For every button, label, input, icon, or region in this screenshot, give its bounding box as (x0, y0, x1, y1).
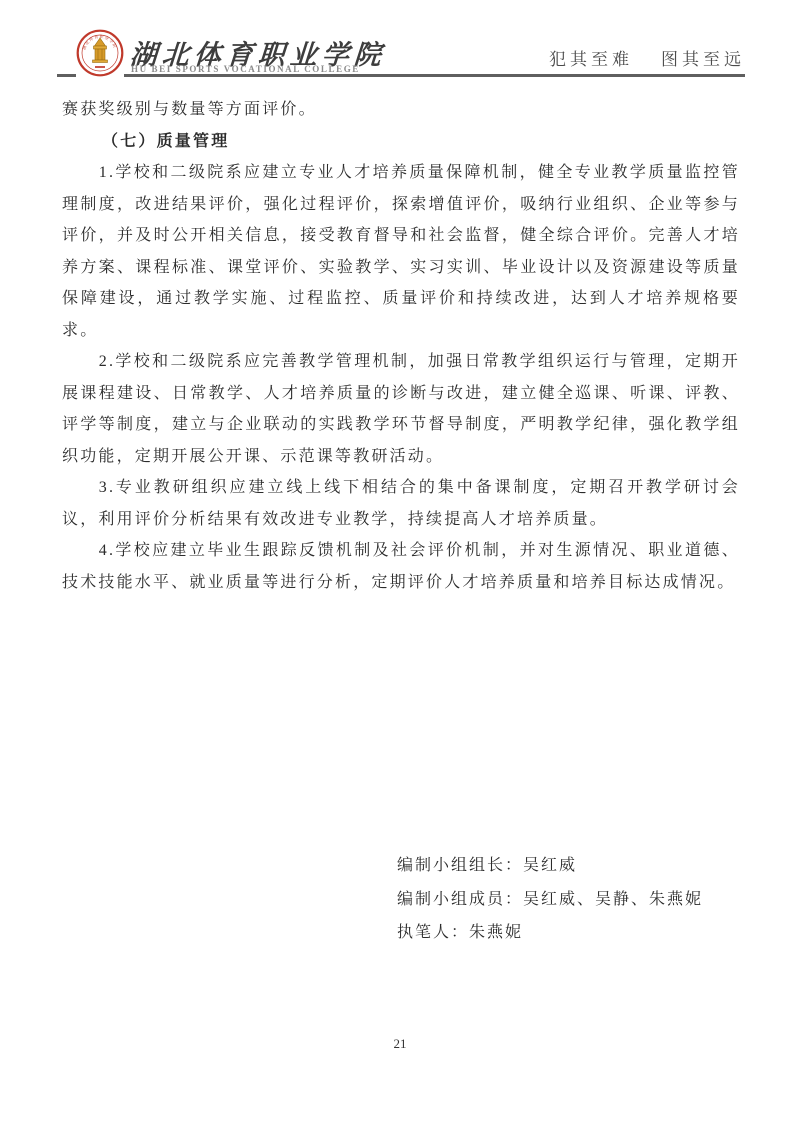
college-seal-svg: 湖北体育职业学院 (76, 29, 124, 77)
motto-left: 犯其至难 (549, 45, 633, 70)
credit-line-leader: 编制小组组长：吴红威 (397, 849, 703, 883)
paragraph-4: 4.学校应建立毕业生跟踪反馈机制及社会评价机制，并对生源情况、职业道德、技术技能… (62, 535, 740, 598)
page-footer: 21 (0, 1036, 800, 1052)
credit-line-members: 编制小组成员：吴红威、吴静、朱燕妮 (397, 883, 703, 917)
motto-right: 图其至远 (661, 45, 745, 70)
page-header: 湖北体育职业学院 湖北体育职业学院 HU BEI SPORTS VOCATION… (57, 0, 745, 77)
credit-line-writer: 执笔人：朱燕妮 (397, 916, 703, 950)
page-number: 21 (394, 1036, 407, 1051)
paragraph-1: 1.学校和二级院系应建立专业人才培养质量保障机制，健全专业教学质量监控管理制度，… (62, 157, 740, 346)
college-name-english: HU BEI SPORTS VOCATIONAL COLLEGE (131, 64, 360, 74)
document-body: 赛获奖级别与数量等方面评价。 （七）质量管理 1.学校和二级院系应建立专业人才培… (62, 94, 740, 598)
credits-block: 编制小组组长：吴红威 编制小组成员：吴红威、吴静、朱燕妮 执笔人：朱燕妮 (397, 849, 703, 950)
intro-line: 赛获奖级别与数量等方面评价。 (62, 94, 740, 126)
college-seal-icon: 湖北体育职业学院 (76, 29, 124, 77)
section-heading: （七）质量管理 (62, 126, 740, 158)
paragraph-2: 2.学校和二级院系应完善教学管理机制，加强日常教学组织运行与管理，定期开展课程建… (62, 346, 740, 472)
document-page: 湖北体育职业学院 湖北体育职业学院 HU BEI SPORTS VOCATION… (0, 0, 800, 1131)
paragraph-3: 3.专业教研组织应建立线上线下相结合的集中备课制度，定期召开教学研讨会议，利用评… (62, 472, 740, 535)
header-motto: 犯其至难 图其至远 (549, 45, 745, 70)
